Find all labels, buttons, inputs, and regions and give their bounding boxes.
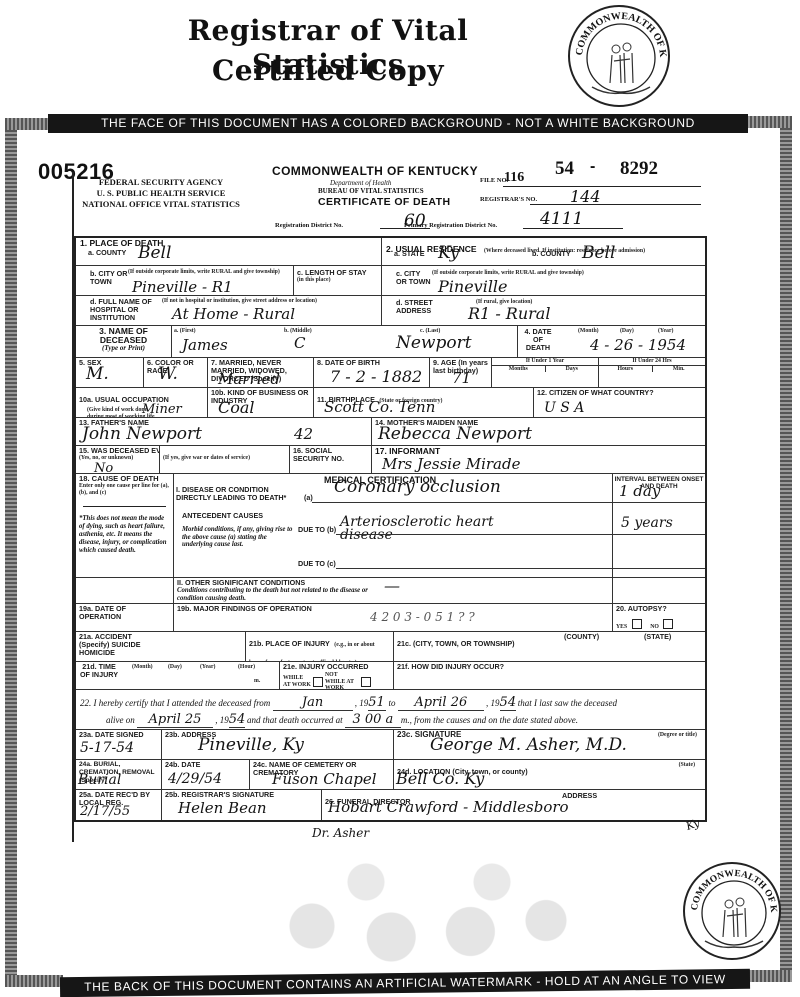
name-of-deceased-label: 3. NAME OF DECEASED: [79, 327, 168, 345]
registrar-sig-value: Helen Bean: [178, 801, 267, 816]
dob-label: 8. DATE OF BIRTH: [317, 359, 426, 367]
date-received-cell: 25a. DATE REC'D BY LOCAL REG. 2/17/55: [76, 790, 162, 820]
autopsy-label: 20. AUTOPSY?: [616, 605, 702, 613]
attestation-text-4: m., from the causes and on the date stat…: [401, 715, 578, 725]
cause-of-death-label: 18. CAUSE OF DEATH: [79, 475, 170, 483]
dr-asher-note: Dr. Asher: [312, 826, 369, 840]
injury-occurred-cell: 21e. INJURY OCCURRED WHILE AT WORK NOT W…: [280, 662, 394, 689]
operation-findings-value: 4 2 0 3 - 0 5 1 ? ?: [370, 610, 475, 625]
residence-city-label: c. CITY OR TOWN: [396, 270, 432, 286]
registration-district-label: Registration District No.: [275, 222, 343, 229]
decorative-border-bottom-right: [748, 970, 792, 982]
injury-day-label: (Day): [168, 664, 182, 671]
row-medical: 18. CAUSE OF DEATH Enter only one cause …: [76, 474, 705, 578]
burial-location-value: Bell Co. Ky: [396, 771, 484, 786]
medical-cert-cell: MEDICAL CERTIFICATION I. DISEASE OR COND…: [174, 474, 613, 577]
file-no-prefix: 116: [504, 170, 524, 186]
address-cell: 23b. ADDRESS Pineville, Ky: [162, 730, 394, 759]
injury-location-cell: 21c. (CITY, TOWN, OR TOWNSHIP) (COUNTY) …: [394, 632, 705, 661]
attended-from-month: Jan: [273, 695, 353, 711]
date-signed-cell: 23a. DATE SIGNED 5-17-54: [76, 730, 162, 759]
business-cell: 10b. KIND OF BUSINESS OR INDUSTRY Coal: [208, 388, 314, 417]
marital-cell: 7. MARRIED, NEVER MARRIED, WIDOWED, DIVO…: [208, 358, 314, 387]
line-a-tag: (a): [304, 494, 313, 502]
autopsy-yes-label: YES: [616, 624, 627, 630]
hospital-note: (If not in hospital or institution, give…: [162, 298, 374, 305]
injury-m-label: m.: [254, 678, 260, 685]
age-value: 71: [452, 371, 471, 386]
alive-comma-19: , 19: [215, 715, 229, 725]
decorative-border-bottom-left: [5, 975, 63, 987]
death-city-note: (If outside corporate limits, write RURA…: [128, 269, 290, 276]
father-value: John Newport: [82, 427, 202, 442]
first-name-label: a. (First): [174, 328, 196, 335]
colored-background-banner: THE FACE OF THIS DOCUMENT HAS A COLORED …: [48, 114, 748, 133]
citizen-value: U S A: [544, 401, 584, 416]
under-one-year-cell: If Under 1 Year Months Days If Under 24 …: [492, 358, 705, 387]
attestation-cell: 22. I hereby certify that I attended the…: [76, 690, 705, 729]
antecedent-label: ANTECEDENT CAUSES: [182, 512, 263, 520]
degree-label: (Degree or title): [658, 732, 697, 739]
residence-city-note: (If outside corporate limits, write RURA…: [432, 270, 692, 277]
date-of-death-cell: 4. DATE OF DEATH (Month) (Day) (Year) 4 …: [518, 326, 705, 357]
attestation-text-1: 22. I hereby certify that I attended the…: [80, 698, 270, 708]
occupation-cell: 10a. USUAL OCCUPATION (Give kind of work…: [76, 388, 208, 417]
registrar-no-line: [530, 204, 701, 205]
father-cell: 13. FATHER'S NAME John Newport 42: [76, 418, 372, 445]
residence-state-label: a. STATE: [394, 250, 424, 258]
alive-on-date: April 25: [137, 712, 213, 728]
usual-residence-section: 2. USUAL RESIDENCE (Where deceased lived…: [382, 238, 705, 325]
antecedent-note: Morbid conditions, if any, giving rise t…: [182, 526, 296, 549]
primary-district-label: Primary Registration District No.: [404, 222, 497, 229]
registrar-sig-cell: 25b. REGISTRAR'S SIGNATURE Helen Bean: [162, 790, 322, 820]
burial-cell: 24a. BURIAL, CREMATION, REMOVAL (Specify…: [76, 760, 162, 789]
dob-value: 7 - 2 - 1882: [330, 369, 422, 384]
burial-date-cell: 24b. DATE 4/29/54: [162, 760, 250, 789]
date-of-death-value: 4 - 26 - 1954: [590, 338, 686, 353]
autopsy-no-checkbox[interactable]: [663, 619, 673, 629]
death-certificate-form: 1. PLACE OF DEATH a. COUNTY Bell b. CITY…: [74, 236, 707, 822]
autopsy-cell: 20. AUTOPSY? YES NO: [613, 604, 705, 631]
injury-time-cell: 21d. TIME OF INJURY (Month) (Day) (Year)…: [76, 662, 280, 689]
birthplace-cell: 11. BIRTHPLACE (State or foreign country…: [314, 388, 534, 417]
min-label: Min.: [653, 366, 706, 373]
name-label-cell: 3. NAME OF DECEASED (Type or Print): [76, 326, 172, 357]
line-c-rule: [336, 568, 612, 569]
commonwealth-title: COMMONWEALTH OF KENTUCKY: [272, 164, 478, 178]
decorative-border-left: [5, 125, 17, 980]
if-under-1-year-label: If Under 1 Year: [492, 358, 598, 366]
cemetery-value: Fuson Chapel: [272, 772, 377, 787]
injury-month-label: (Month): [132, 664, 153, 671]
line-b-interval: 5 years: [621, 516, 673, 531]
signature-value: George M. Asher, M.D.: [430, 738, 627, 753]
row-operation: 19a. DATE OF OPERATION 19b. MAJOR FINDIN…: [76, 604, 705, 632]
row-registrar: 25a. DATE REC'D BY LOCAL REG. 2/17/55 25…: [76, 790, 705, 820]
background-watermark-pattern: [240, 860, 600, 970]
dod-year-label: (Year): [658, 328, 673, 335]
sex-cell: 5. SEX M.: [76, 358, 144, 387]
certificate-title: CERTIFICATE OF DEATH: [318, 196, 450, 208]
agency-block: FEDERAL SECURITY AGENCY U. S. PUBLIC HEA…: [76, 177, 246, 210]
svg-text:COMMONWEALTH OF KENTUCKY: COMMONWEALTH OF KENTUCKY: [570, 7, 668, 58]
residence-city-value: Pineville: [438, 279, 508, 294]
attestation-comma-19b: , 19: [486, 698, 500, 708]
autopsy-yes-checkbox[interactable]: [632, 619, 642, 629]
injury-hour-label: (Hour): [238, 664, 255, 671]
row-parents: 13. FATHER'S NAME John Newport 42 14. MO…: [76, 418, 705, 446]
decorative-border-top-right: [746, 116, 792, 128]
how-injury-label: 21f. HOW DID INJURY OCCUR?: [397, 663, 702, 671]
cemetery-cell: 24c. NAME OF CEMETERY OR CREMATORY Fuson…: [250, 760, 394, 789]
name-note: (Type or Print): [79, 345, 168, 353]
injury-city-label: 21c. (CITY, TOWN, OR TOWNSHIP): [397, 639, 515, 648]
race-value: W.: [158, 367, 178, 382]
agency-line-1: FEDERAL SECURITY AGENCY: [76, 177, 246, 188]
line-ii-note: Conditions contributing to the death but…: [177, 587, 377, 602]
days-label: Days: [546, 366, 599, 373]
row-other-conditions: II. OTHER SIGNIFICANT CONDITIONS Conditi…: [76, 578, 705, 604]
ssn-label: 16. SOCIAL SECURITY NO.: [293, 447, 368, 463]
burial-date-value: 4/29/54: [168, 772, 222, 787]
residence-county-label: b. COUNTY: [532, 250, 571, 258]
row-armed-forces: 15. WAS DECEASED EVER IN U. S. ARMED FOR…: [76, 446, 705, 474]
first-name-value: James: [182, 338, 228, 353]
department-label: Department of Health: [330, 179, 391, 187]
injury-year-label: (Year): [200, 664, 215, 671]
line-a-interval: 1 day: [619, 484, 660, 499]
not-while-at-work-checkbox[interactable]: [361, 677, 371, 687]
length-of-stay-note: (in this place): [297, 277, 378, 284]
row-sex-race-age: 5. SEX M. 6. COLOR OR RACE W. 7. MARRIED…: [76, 358, 705, 388]
operation-date-cell: 19a. DATE OF OPERATION: [76, 604, 174, 631]
agency-line-2: U. S. PUBLIC HEALTH SERVICE: [76, 188, 246, 199]
interval-cell: INTERVAL BETWEEN ONSET AND DEATH 1 day 5…: [613, 474, 705, 577]
kentucky-seal-bottom-icon: COMMONWEALTH OF KENTUCKY: [683, 862, 781, 960]
operation-findings-cell: 19b. MAJOR FINDINGS OF OPERATION 4 2 0 3…: [174, 604, 613, 631]
date-of-death-label: 4. DATE OF DEATH: [520, 328, 556, 352]
armed-service-note: (If yes, give war or dates of service): [163, 455, 286, 462]
death-city-label: b. CITY OR TOWN: [90, 270, 128, 286]
row-places: 1. PLACE OF DEATH a. COUNTY Bell b. CITY…: [76, 238, 705, 326]
funeral-director-cell: 26. FUNERAL DIRECTOR ADDRESS Hobart Craw…: [322, 790, 705, 820]
line-a-value: Coronary occlusion: [334, 480, 501, 495]
death-county-value: Bell: [138, 246, 171, 261]
cause-of-death-cell: 18. CAUSE OF DEATH Enter only one cause …: [76, 474, 174, 577]
interval-c-rule: [613, 568, 705, 569]
row-name: 3. NAME OF DECEASED (Type or Print) a. (…: [76, 326, 705, 358]
while-at-work-label: WHILE AT WORK: [283, 675, 311, 688]
citizen-label: 12. CITIZEN OF WHAT COUNTRY?: [537, 389, 702, 397]
father-extra-value: 42: [294, 427, 313, 442]
file-number: 8292: [620, 158, 658, 180]
attestation-text-2: that I last saw the deceased: [518, 698, 617, 708]
cause-footnote: *This does not mean the mode of dying, s…: [79, 515, 170, 555]
armed-service-cell: (If yes, give war or dates of service): [160, 446, 290, 473]
signature-cell: 23c. SIGNATURE (Degree or title) George …: [394, 730, 705, 759]
address-value: Pineville, Ky: [198, 738, 304, 753]
registrar-sig-label: 25b. REGISTRAR'S SIGNATURE: [165, 791, 318, 799]
death-time: 3 00 a: [345, 712, 401, 728]
cause-of-death-note: Enter only one cause per line for (a), (…: [79, 483, 170, 496]
row-occupation: 10a. USUAL OCCUPATION (Give kind of work…: [76, 388, 705, 418]
date-received-value: 2/17/55: [80, 804, 130, 819]
row-injury-time: 21d. TIME OF INJURY (Month) (Day) (Year)…: [76, 662, 705, 690]
place-of-death-section: 1. PLACE OF DEATH a. COUNTY Bell b. CITY…: [76, 238, 382, 325]
other-conditions-spacer: [76, 578, 174, 603]
cause-divider: [83, 506, 166, 507]
sex-value: M.: [86, 367, 109, 382]
burial-location-state-label: (State): [679, 762, 695, 769]
place-of-death-heading: 1. PLACE OF DEATH: [80, 239, 377, 248]
residence-county-value: Bell: [582, 246, 615, 261]
certified-copy-title: Certified Copy: [118, 54, 538, 88]
autopsy-no-label: NO: [650, 624, 659, 630]
burial-date-label: 24b. DATE: [165, 761, 246, 769]
primary-district-value: 4111: [540, 209, 583, 229]
due-to-b-label: DUE TO (b): [298, 526, 336, 534]
alive-on-label: alive on: [106, 715, 135, 725]
other-conditions-cell: II. OTHER SIGNIFICANT CONDITIONS Conditi…: [174, 578, 613, 603]
death-county-label: a. COUNTY: [88, 249, 126, 257]
informant-value: Mrs Jessie Mirade: [382, 457, 520, 472]
burial-value: Burial: [78, 773, 121, 788]
primary-district-line: [523, 228, 623, 229]
row-attestation: 22. I hereby certify that I attended the…: [76, 690, 705, 730]
other-conditions-interval: [613, 578, 705, 603]
last-name-value: Newport: [396, 336, 472, 351]
citizen-cell: 12. CITIZEN OF WHAT COUNTRY? U S A: [534, 388, 705, 417]
ssn-cell: 16. SOCIAL SECURITY NO.: [290, 446, 372, 473]
length-of-stay-label: c. LENGTH OF STAY: [297, 269, 378, 277]
occupation-value: Miner: [142, 402, 182, 417]
birthplace-value: Scott Co. Tenn: [324, 400, 435, 415]
hours-label: Hours: [599, 366, 653, 373]
armed-forces-label: 15. WAS DECEASED EVER IN U. S. ARMED FOR…: [79, 447, 160, 455]
business-value: Coal: [218, 400, 255, 415]
interval-b-rule: [613, 534, 705, 535]
attended-to-date: April 26: [398, 695, 484, 711]
dod-month-label: (Month): [578, 328, 599, 335]
hospital-label: d. FULL NAME OF HOSPITAL OR INSTITUTION: [90, 298, 158, 322]
operation-date-label: 19a. DATE OF OPERATION: [79, 605, 169, 621]
date-signed-label: 23a. DATE SIGNED: [79, 731, 158, 739]
armed-forces-cell: 15. WAS DECEASED EVER IN U. S. ARMED FOR…: [76, 446, 160, 473]
injury-occurred-label: 21e. INJURY OCCURRED: [283, 663, 390, 671]
line-ii-value: —: [384, 578, 400, 593]
injury-county-label: (COUNTY): [564, 633, 599, 641]
bureau-label: BUREAU OF VITAL STATISTICS: [318, 187, 424, 195]
residence-state-value: Ky: [438, 246, 459, 261]
informant-cell: 17. INFORMANT Mrs Jessie Mirade: [372, 446, 705, 473]
line-b-value: Arteriosclerotic heart disease: [340, 516, 530, 542]
attended-from-year: 51: [368, 695, 386, 711]
agency-line-3: NATIONAL OFFICE VITAL STATISTICS: [76, 199, 246, 210]
marital-value: Married: [218, 372, 280, 387]
injury-place-label: 21b. PLACE OF INJURY: [249, 639, 330, 648]
armed-forces-value: No: [94, 461, 113, 473]
age-cell: 9. AGE (In years last birthday) 71: [430, 358, 492, 387]
row-injury-place: 21a. ACCIDENT (Specify) SUICIDE HOMICIDE…: [76, 632, 705, 662]
while-at-work-checkbox[interactable]: [313, 677, 323, 687]
not-while-at-work-label: NOT WHILE AT WORK: [325, 672, 359, 689]
decorative-border-right: [780, 118, 792, 978]
months-label: Months: [492, 366, 546, 373]
funeral-director-value: Hobart Crawford - Middlesboro: [328, 800, 569, 815]
attestation-to: to: [389, 698, 396, 708]
date-signed-value: 5-17-54: [80, 741, 134, 756]
street-address-label: d. STREET ADDRESS: [396, 299, 436, 315]
name-last-cell: c. (Last) Newport: [382, 326, 518, 357]
injury-place-cell: 21b. PLACE OF INJURY (e.g., in or about …: [246, 632, 394, 661]
line-i-label: I. DISEASE OR CONDITION DIRECTLY LEADING…: [176, 486, 304, 502]
how-injury-cell: 21f. HOW DID INJURY OCCUR?: [394, 662, 705, 689]
armed-forces-note: (Yes, no, or unknown): [79, 455, 156, 462]
accident-label: 21a. ACCIDENT (Specify) SUICIDE HOMICIDE: [79, 633, 159, 657]
injury-time-label: 21d. TIME OF INJURY: [79, 663, 119, 679]
line-b-rule: [336, 534, 612, 535]
svg-text:COMMONWEALTH OF KENTUCKY: COMMONWEALTH OF KENTUCKY: [685, 864, 778, 914]
line-a-rule: [312, 502, 612, 503]
mother-cell: 14. MOTHER'S MAIDEN NAME Rebecca Newport: [372, 418, 705, 445]
alive-on-year: 54: [229, 712, 245, 728]
file-no-line: [503, 186, 701, 187]
decorative-border-top-left: [5, 118, 50, 130]
hospital-value: At Home - Rural: [172, 307, 295, 322]
dod-day-label: (Day): [620, 328, 634, 335]
attended-to-year: 54: [500, 695, 516, 711]
watermark-banner: THE BACK OF THIS DOCUMENT CONTAINS AN AR…: [60, 969, 750, 997]
accident-cell: 21a. ACCIDENT (Specify) SUICIDE HOMICIDE: [76, 632, 246, 661]
file-dash: -: [590, 158, 595, 176]
name-first-middle-cell: a. (First) b. (Middle) James C: [172, 326, 382, 357]
registrar-no-label: REGISTRAR'S NO.: [480, 196, 537, 203]
interval-a-rule: [613, 502, 705, 503]
due-to-c-label: DUE TO (c): [298, 560, 336, 568]
race-cell: 6. COLOR OR RACE W.: [144, 358, 208, 387]
attestation-text-3: and that death occurred at: [247, 715, 343, 725]
death-city-value: Pineville - R1: [132, 280, 233, 295]
row-burial: 24a. BURIAL, CREMATION, REMOVAL (Specify…: [76, 760, 705, 790]
dob-cell: 8. DATE OF BIRTH 7 - 2 - 1882: [314, 358, 430, 387]
file-year: 54: [555, 158, 574, 180]
if-under-24-hrs-label: If Under 24 Hrs: [599, 358, 705, 366]
kentucky-seal-icon: COMMONWEALTH OF KENTUCKY: [568, 5, 670, 107]
street-address-value: R1 - Rural: [468, 306, 550, 321]
row-signature: 23a. DATE SIGNED 5-17-54 23b. ADDRESS Pi…: [76, 730, 705, 760]
mother-value: Rebecca Newport: [378, 427, 532, 442]
middle-name-value: C: [294, 336, 305, 351]
attestation-comma-19: , 19: [355, 698, 369, 708]
burial-location-cell: 24d. LOCATION (City, town, or county) (S…: [394, 760, 705, 789]
injury-state-label: (STATE): [644, 633, 671, 641]
